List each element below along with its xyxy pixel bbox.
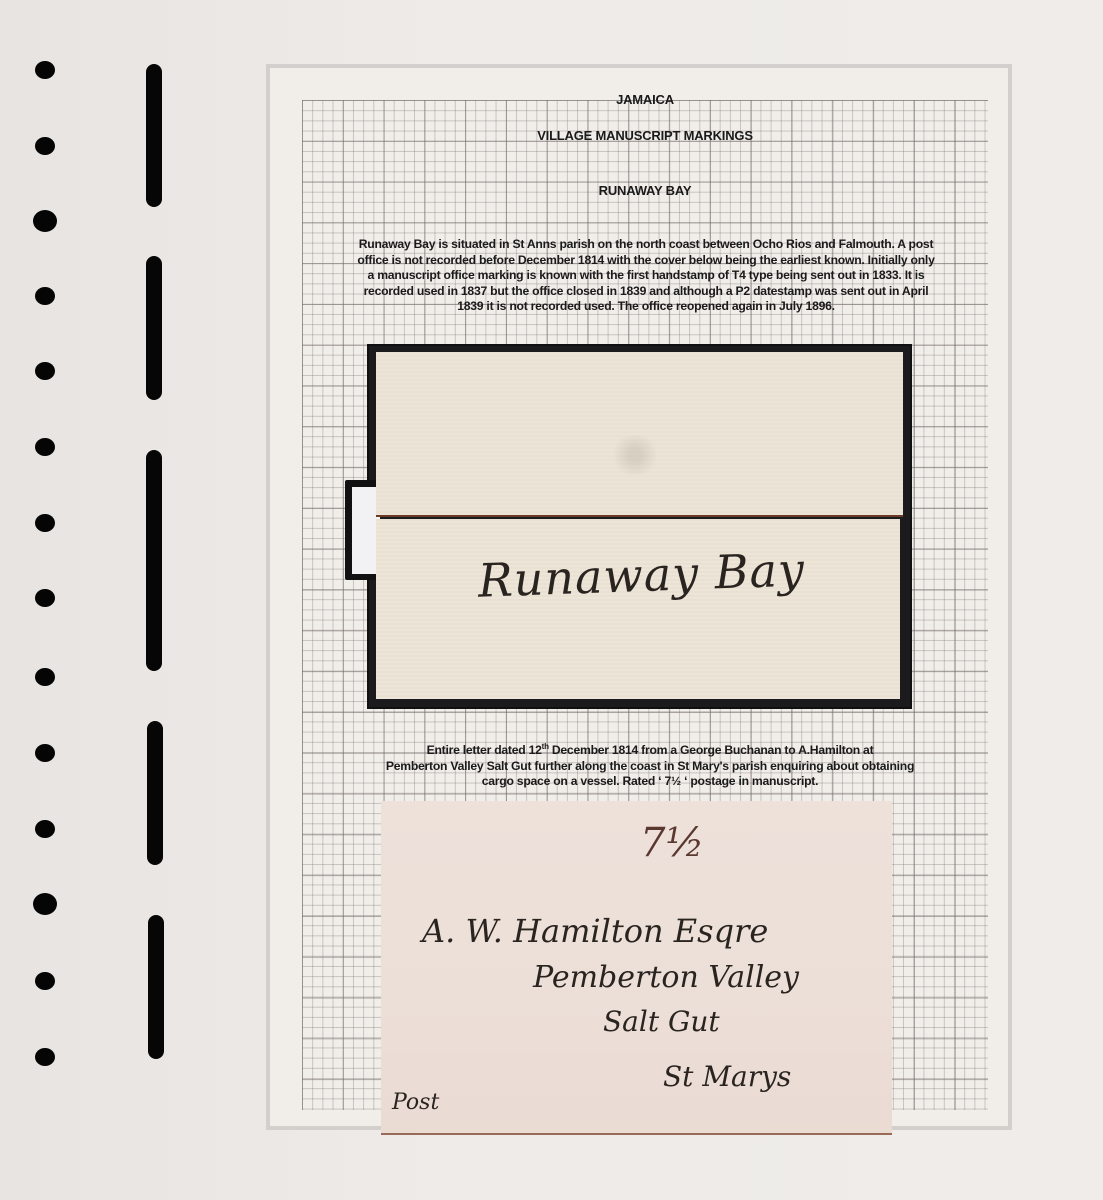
punch-hole	[35, 744, 55, 762]
punch-hole	[35, 1048, 55, 1066]
section-title: RUNAWAY BAY	[302, 183, 988, 198]
punch-hole	[33, 210, 57, 232]
endorsement: Post	[392, 1090, 439, 1115]
seal-impression	[610, 435, 660, 475]
punch-hole	[35, 137, 55, 155]
punch-slot	[146, 64, 162, 207]
caption-line: cargo space on a vessel. Rated ‘ 7½ ‘ po…	[330, 774, 970, 790]
intro-line: a manuscript office marking is known wit…	[312, 268, 980, 284]
punch-slot	[148, 915, 164, 1059]
addressee-line: A. W. Hamilton Esqre	[422, 912, 768, 950]
punch-hole	[35, 287, 55, 305]
address-line: St Marys	[663, 1060, 791, 1093]
page-subheader: VILLAGE MANUSCRIPT MARKINGS	[302, 128, 988, 143]
intro-line: recorded used in 1837 but the office clo…	[312, 284, 980, 300]
punch-hole	[35, 61, 55, 79]
punch-hole	[35, 362, 55, 380]
intro-paragraph: Runaway Bay is situated in St Anns paris…	[312, 237, 980, 315]
punch-hole	[35, 820, 55, 838]
punch-hole	[35, 972, 55, 990]
punch-hole	[33, 893, 57, 915]
punch-hole	[35, 438, 55, 456]
punch-slot	[146, 256, 162, 400]
intro-line: Runaway Bay is situated in St Anns paris…	[312, 237, 980, 253]
punch-slot	[147, 721, 163, 865]
postage-rate: 7½	[640, 820, 704, 866]
page-header: JAMAICA	[302, 92, 988, 107]
caption-line: Pemberton Valley Salt Gut further along …	[330, 759, 970, 775]
address-line: Salt Gut	[603, 1005, 720, 1038]
intro-line: office is not recorded before December 1…	[312, 253, 980, 269]
cover-bottom-panel	[376, 519, 900, 699]
punch-hole	[35, 668, 55, 686]
punch-slot	[146, 450, 162, 671]
intro-line: 1839 it is not recorded used. The office…	[312, 299, 980, 315]
punch-hole	[35, 514, 55, 532]
address-line: Pemberton Valley	[533, 960, 799, 995]
cover-caption: Entire letter dated 12th December 1814 f…	[330, 739, 970, 790]
caption-line: Entire letter dated 12th December 1814 f…	[330, 739, 970, 759]
punch-hole	[35, 589, 55, 607]
manuscript-marking: Runaway Bay	[477, 542, 806, 607]
